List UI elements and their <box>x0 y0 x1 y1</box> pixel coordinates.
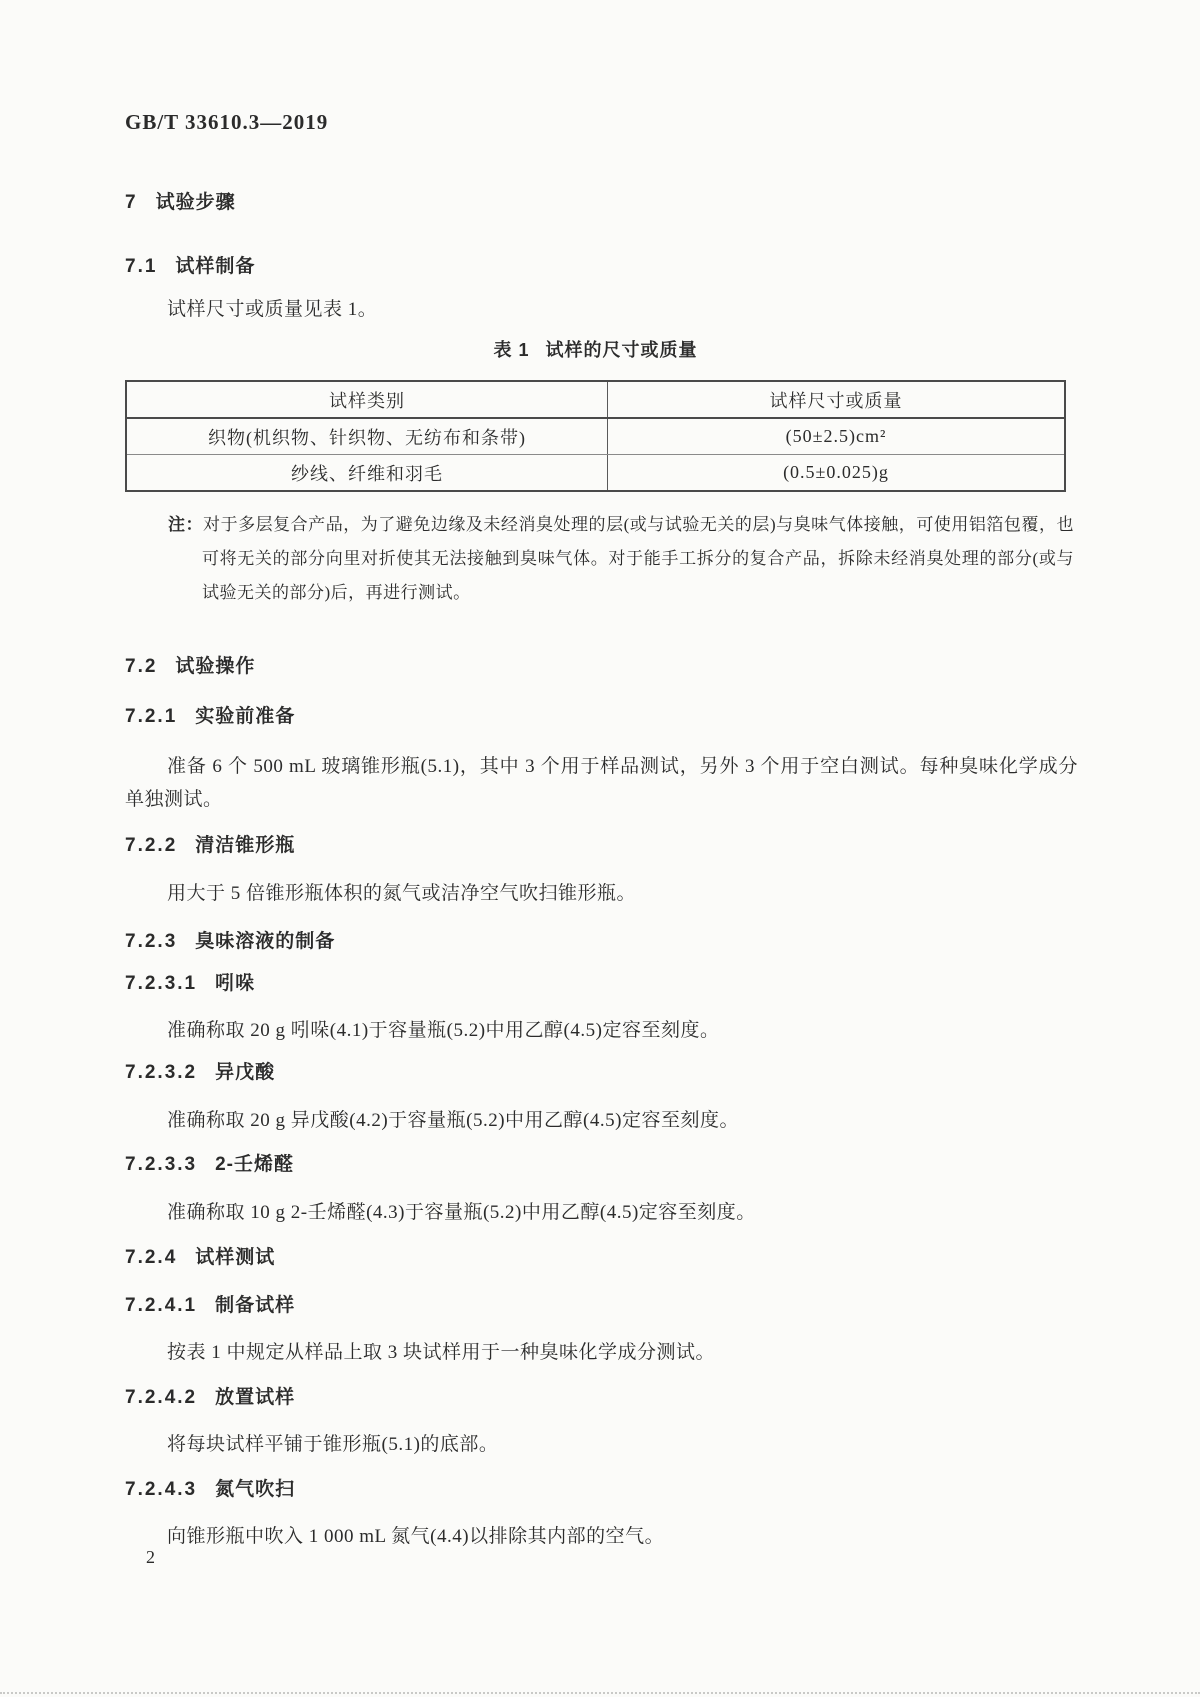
heading-7-2-1-number: 7.2.1 <box>125 706 177 727</box>
paragraph-7-2-2: 用大于 5 倍锥形瓶体积的氮气或洁净空气吹扫锥形瓶。 <box>125 881 1078 907</box>
scan-bottom-edge-line <box>0 1692 1200 1694</box>
heading-7-2-3-2-number: 7.2.3.2 <box>125 1062 197 1083</box>
table-header-size: 试样尺寸或质量 <box>608 381 1066 418</box>
heading-7-2-2-title: 清洁锥形瓶 <box>195 835 295 856</box>
table-cell-value: (0.5±0.025)g <box>608 455 1066 492</box>
table-cell-value: (50±2.5)cm² <box>608 418 1066 455</box>
paragraph-7-2-3-3: 准确称取 10 g 2-壬烯醛(4.3)于容量瓶(5.2)中用乙醇(4.5)定容… <box>125 1200 1078 1226</box>
table-row: 织物(机织物、针织物、无纺布和条带) (50±2.5)cm² <box>126 418 1065 455</box>
paragraph-7-2-4-3: 向锥形瓶中吹入 1 000 mL 氮气(4.4)以排除其内部的空气。 <box>125 1524 1078 1550</box>
heading-7-1: 7.1试样制备 <box>125 254 1078 280</box>
table-cell-category: 织物(机织物、针织物、无纺布和条带) <box>126 418 608 455</box>
heading-7-2-3-3: 7.2.3.32-壬烯醛 <box>125 1152 1078 1178</box>
paragraph-7-2-4-1: 按表 1 中规定从样品上取 3 块试样用于一种臭味化学成分测试。 <box>125 1340 1078 1366</box>
heading-7-2-4-2-title: 放置试样 <box>215 1387 295 1408</box>
table-1-caption: 表 1试样的尺寸或质量 <box>125 338 1066 362</box>
table-1: 试样类别 试样尺寸或质量 织物(机织物、针织物、无纺布和条带) (50±2.5)… <box>125 380 1066 492</box>
heading-7-2-2: 7.2.2清洁锥形瓶 <box>125 833 1078 859</box>
table-header-category: 试样类别 <box>126 381 608 418</box>
heading-7-2-2-number: 7.2.2 <box>125 835 177 856</box>
heading-7-2-3-1-title: 吲哚 <box>215 973 255 994</box>
heading-7-2-4-3-number: 7.2.4.3 <box>125 1479 197 1500</box>
paragraph-7-2-4-2: 将每块试样平铺于锥形瓶(5.1)的底部。 <box>125 1432 1078 1458</box>
heading-7-2-3: 7.2.3臭味溶液的制备 <box>125 929 1078 955</box>
table-row: 纱线、纤维和羽毛 (0.5±0.025)g <box>126 455 1065 492</box>
heading-7-2-4-2-number: 7.2.4.2 <box>125 1387 197 1408</box>
table-1-note: 注：对于多层复合产品，为了避免边缘及未经消臭处理的层(或与试验无关的层)与臭味气… <box>168 508 1074 610</box>
heading-7-2-4-2: 7.2.4.2放置试样 <box>125 1385 1078 1411</box>
heading-7-2-number: 7.2 <box>125 656 157 677</box>
standard-code-header: GB/T 33610.3—2019 <box>125 110 1078 134</box>
table-1-caption-title: 试样的尺寸或质量 <box>546 340 698 360</box>
heading-7-2-1: 7.2.1实验前准备 <box>125 704 1078 730</box>
heading-7-2: 7.2试验操作 <box>125 654 1078 680</box>
heading-7-2-3-2: 7.2.3.2异戊酸 <box>125 1060 1078 1086</box>
heading-7-2-4-3: 7.2.4.3氮气吹扫 <box>125 1477 1078 1503</box>
heading-7-2-4-title: 试样测试 <box>195 1247 275 1268</box>
note-label: 注： <box>168 515 203 534</box>
note-text: 对于多层复合产品，为了避免边缘及未经消臭处理的层(或与试验无关的层)与臭味气体接… <box>202 515 1074 602</box>
table-row: 试样类别 试样尺寸或质量 <box>126 381 1065 418</box>
heading-7-title: 试验步骤 <box>156 192 236 213</box>
heading-7-2-4: 7.2.4试样测试 <box>125 1245 1078 1271</box>
paragraph-7-1: 试样尺寸或质量见表 1。 <box>125 297 1078 323</box>
heading-7-2-3-title: 臭味溶液的制备 <box>195 931 335 952</box>
paragraph-7-2-3-2: 准确称取 20 g 异戊酸(4.2)于容量瓶(5.2)中用乙醇(4.5)定容至刻… <box>125 1108 1078 1134</box>
page-number: 2 <box>146 1545 155 1569</box>
heading-7-1-number: 7.1 <box>125 256 157 277</box>
table-cell-category: 纱线、纤维和羽毛 <box>126 455 608 492</box>
heading-7-2-3-1-number: 7.2.3.1 <box>125 973 197 994</box>
heading-7-number: 7 <box>125 192 138 213</box>
paragraph-7-2-1: 准备 6 个 500 mL 玻璃锥形瓶(5.1)，其中 3 个用于样品测试，另外… <box>125 750 1078 816</box>
heading-7-2-4-3-title: 氮气吹扫 <box>215 1479 295 1500</box>
heading-7-2-title: 试验操作 <box>175 656 255 677</box>
paragraph-7-2-3-1: 准确称取 20 g 吲哚(4.1)于容量瓶(5.2)中用乙醇(4.5)定容至刻度… <box>125 1018 1078 1044</box>
heading-7-1-title: 试样制备 <box>175 256 255 277</box>
document-page: GB/T 33610.3—2019 7试验步骤 7.1试样制备 试样尺寸或质量见… <box>0 0 1200 1697</box>
heading-7-2-4-number: 7.2.4 <box>125 1247 177 1268</box>
heading-7-2-3-1: 7.2.3.1吲哚 <box>125 971 1078 997</box>
heading-7-2-3-3-number: 7.2.3.3 <box>125 1154 197 1175</box>
heading-7-2-4-1-title: 制备试样 <box>215 1295 295 1316</box>
heading-7-2-4-1: 7.2.4.1制备试样 <box>125 1293 1078 1319</box>
heading-7-2-3-2-title: 异戊酸 <box>215 1062 275 1083</box>
heading-7-2-1-title: 实验前准备 <box>195 706 295 727</box>
heading-7-2-4-1-number: 7.2.4.1 <box>125 1295 197 1316</box>
heading-7: 7试验步骤 <box>125 190 1078 216</box>
table-1-caption-label: 表 1 <box>493 340 529 360</box>
heading-7-2-3-number: 7.2.3 <box>125 931 177 952</box>
heading-7-2-3-3-title: 2-壬烯醛 <box>215 1154 294 1175</box>
